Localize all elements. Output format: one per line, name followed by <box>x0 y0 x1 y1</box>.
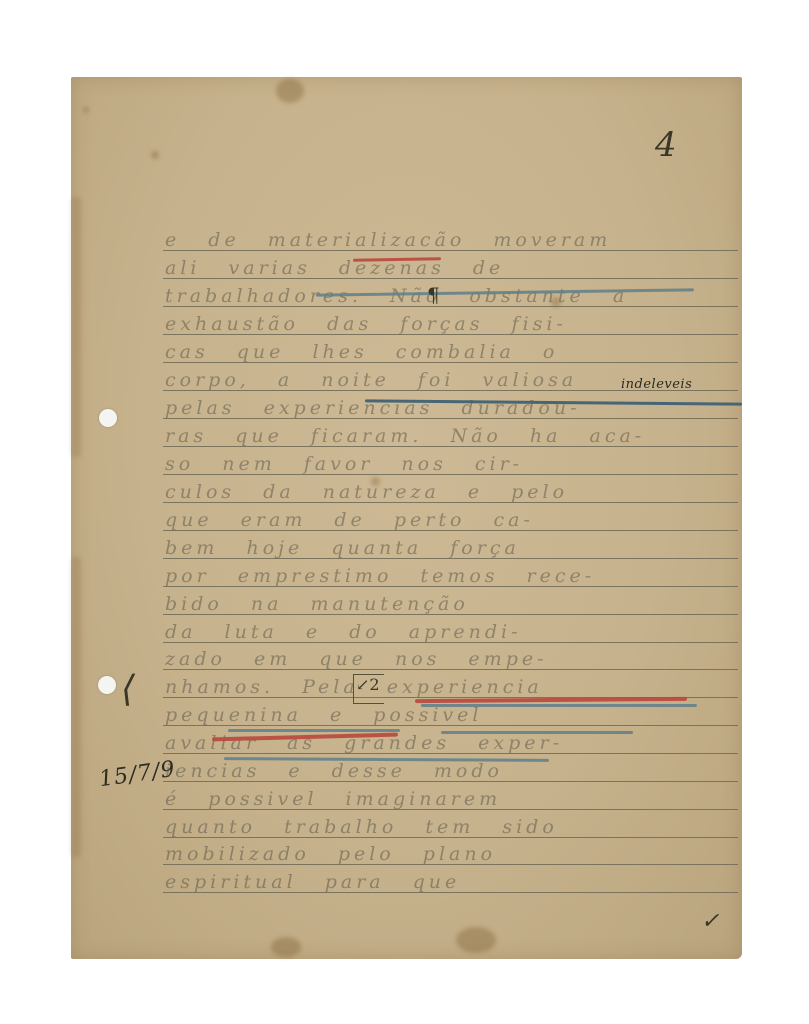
text-line: ras que ficaram. Não ha aca- <box>165 421 737 447</box>
blue-underline <box>421 704 697 707</box>
text-line: cas que lhes combalia o <box>165 337 737 363</box>
text-line: culos da natureza e pelo <box>165 477 737 503</box>
stain <box>271 937 301 957</box>
margin-bracket: ⟨ <box>121 669 135 710</box>
text-line: zado em que nos empe- <box>165 644 737 670</box>
blue-underline <box>228 729 400 732</box>
text-line: e de materializacão moveram <box>165 225 737 251</box>
text-line: que eram de perto ca- <box>165 505 737 531</box>
text-line: da luta e do aprendi- <box>165 617 737 643</box>
text-line: bido na manutenção <box>165 589 737 615</box>
text-line: mobilizado pelo plano <box>165 839 737 865</box>
text-line: nhamos. Pela experiencia <box>165 672 737 698</box>
punch-hole <box>98 676 116 694</box>
text-line: so nem favor nos cir- <box>165 449 737 475</box>
stain <box>276 79 304 103</box>
arrow-icon: ↙2 <box>356 675 380 694</box>
stain <box>71 557 81 857</box>
blue-underline <box>441 731 633 734</box>
page-number: 4 <box>655 125 677 165</box>
text-line: ali varias dezenas de <box>165 253 737 279</box>
arrow-annotation: ↙2 <box>353 674 384 704</box>
stain <box>151 151 159 159</box>
stain <box>456 927 496 953</box>
text-line: espiritual para que <box>165 867 737 893</box>
text-line: por emprestimo temos rece- <box>165 561 737 587</box>
text-line: pelas experiencias duradou- <box>165 393 737 419</box>
stain <box>71 197 81 457</box>
manuscript-page: 4 e de materializacão moveram ali varias… <box>71 77 742 959</box>
text-line: é possivel imaginarem <box>165 784 737 810</box>
text-line: quanto trabalho tem sido <box>165 812 737 838</box>
check-mark-icon: ✓ <box>701 909 719 934</box>
punch-hole <box>99 409 117 427</box>
paragraph-mark: ¶ <box>427 283 440 307</box>
text-line: exhaustão das forças fisi- <box>165 309 737 335</box>
stain <box>83 107 89 113</box>
text-line: bem hoje quanta força <box>165 533 737 559</box>
insertion-word: indeleveis <box>621 377 692 392</box>
